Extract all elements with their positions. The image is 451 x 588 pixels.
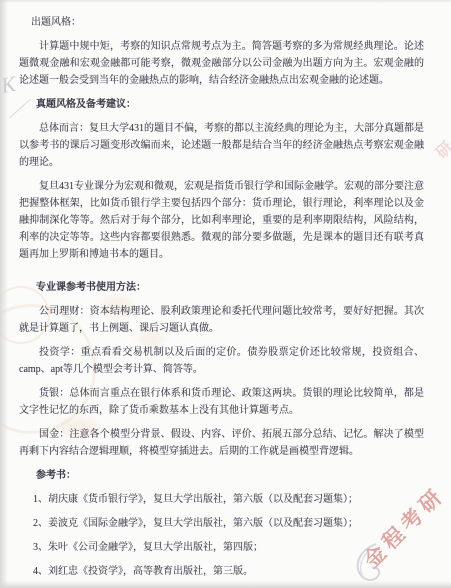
paragraph: 投资学：重点看看交易机制以及后面的定价。债券股票定价还比较常规，投资组合、cam… [19, 344, 424, 378]
section-heading: 出题风格： [19, 14, 424, 31]
paragraph: 公司理财：资本结构理论、股利政策理论和委托代理问题比较常考，要好好把握。其次就是… [19, 303, 424, 337]
scan-edge [0, 0, 8, 588]
scan-edge [0, 0, 451, 3]
reference-item: 3、朱叶《公司金融学》，复旦大学出版社，第四版； [19, 539, 424, 556]
paragraph: 总体而言：复旦大学431的题目不偏，考察的都以主流经典的理论为主，大部分真题都是… [19, 120, 424, 171]
paragraph: 货银：总体而言重点在银行体系和货币理论、政策这两块。货银的理论比较简单，都是文字… [19, 385, 424, 419]
section-heading: 参考书： [19, 467, 424, 484]
reference-item: 4、刘红忠《投资学》，高等教育出版社，第三版。 [19, 563, 424, 580]
section-heading: 专业课参考书使用方法： [19, 279, 424, 296]
paragraph: 计算题中规中矩，考察的知识点常规考点为主。简答题考察的多为常规经典理论。论述题微… [19, 38, 424, 89]
document-body: 出题风格： 计算题中规中矩，考察的知识点常规考点为主。简答题考察的多为常规经典理… [19, 7, 424, 587]
reference-item: 2、姜波克《国际金融学》，复旦大学出版社，第六版（以及配套习题集）； [19, 515, 424, 532]
section-heading: 真题风格及备考建议： [19, 96, 424, 113]
paragraph: 复旦431专业课分为宏观和微观，宏观是指货币银行学和国际金融学。宏观的部分要注意… [19, 178, 424, 263]
paragraph: 国金：注意各个模型分背景、假设、内容、评价、拓展五部分总结、记忆。解决了模型再剩… [19, 426, 424, 460]
scan-edge [0, 581, 451, 588]
brand-watermark-edge: 研 [433, 139, 451, 162]
reference-item: 1、胡庆康《货币银行学》，复旦大学出版社，第六版（以及配套习题集）； [19, 491, 424, 508]
scanned-document-page: 出题风格： 计算题中规中矩，考察的知识点常规考点为主。简答题考察的多为常规经典理… [0, 0, 451, 588]
